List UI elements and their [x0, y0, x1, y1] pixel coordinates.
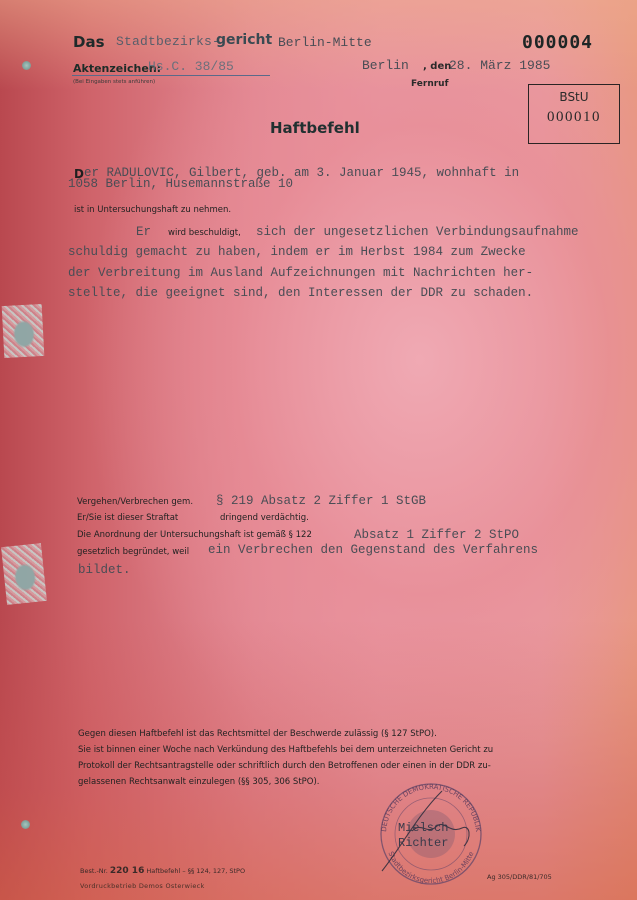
justification-value-2: bildet.: [78, 563, 131, 577]
bstu-label: BStU: [529, 90, 619, 104]
aktenzeichen-underline: [72, 75, 270, 76]
court-type-typed: Stadtbezirks-: [116, 34, 220, 49]
bstu-archive-stamp: BStU 000010: [528, 84, 620, 144]
document-title: Haftbefehl: [270, 119, 360, 137]
printer-imprint: Vordruckbetrieb Demos Osterwieck: [80, 882, 205, 890]
court-type-printed: gericht: [216, 32, 272, 48]
accusation-pronoun: Er: [136, 225, 151, 239]
subject-line-2: 1058 Berlin, Husemannstraße 10: [68, 177, 293, 191]
judge-name: Mielsch: [398, 821, 448, 835]
accusation-line-1: sich der ungesetzlichen Verbindungsaufna…: [256, 225, 579, 239]
court-prefix: Das: [73, 33, 105, 51]
tape-remnant: [1, 543, 47, 605]
justification-label: gesetzlich begründet, weil: [77, 547, 189, 557]
paper-shade-bottom: [0, 620, 637, 900]
custody-order: ist in Untersuchungshaft zu nehmen.: [74, 205, 231, 215]
accusation-line-2: schuldig gemacht zu haben, indem er im H…: [68, 245, 526, 259]
offense-label: Vergehen/Verbrechen gem.: [77, 497, 193, 507]
remedy-line-4: gelassenen Rechtsanwalt einzulegen (§§ 3…: [78, 777, 319, 787]
remedy-line-1: Gegen diesen Haftbefehl ist das Rechtsmi…: [78, 729, 437, 739]
custody-basis-label: Die Anordnung der Untersuchungshaft ist …: [77, 530, 312, 540]
accusation-line-3: der Verbreitung im Ausland Aufzeichnunge…: [68, 266, 533, 280]
accusation-line-4: stellte, die geeignet sind, den Interess…: [68, 286, 533, 300]
punch-hole-icon: [21, 820, 30, 829]
ag-code: Ag 305/DDR/81/705: [487, 873, 552, 881]
court-location: Berlin-Mitte: [278, 35, 372, 50]
remedy-line-2: Sie ist binnen einer Woche nach Verkündu…: [78, 745, 493, 755]
remedy-line-3: Protokoll der Rechtsantragstelle oder sc…: [78, 761, 491, 771]
judge-role: Richter: [398, 836, 448, 850]
accusation-printed-label: wird beschuldigt,: [168, 228, 241, 238]
aktenzeichen-value: Hs.C. 38/85: [148, 59, 234, 74]
justification-value-1: ein Verbrechen den Gegenstand des Verfah…: [208, 543, 538, 557]
order-number-value: 220 16: [110, 866, 144, 876]
offense-value: § 219 Absatz 2 Ziffer 1 StGB: [216, 494, 426, 508]
tape-remnant: [2, 304, 45, 358]
city: Berlin: [362, 58, 409, 73]
suspicion-label: Er/Sie ist dieser Straftat: [77, 513, 178, 523]
bstu-number: 000010: [529, 109, 619, 126]
suspicion-value: dringend verdächtig.: [220, 513, 309, 523]
order-number-label: Best.-Nr.: [80, 867, 108, 875]
date-label: , den: [423, 61, 451, 72]
aktenzeichen-hint: (Bei Eingaben stets anführen): [73, 79, 155, 85]
fernruf-label: Fernruf: [411, 79, 449, 89]
form-description: Haftbefehl – §§ 124, 127, StPO: [146, 867, 245, 875]
custody-basis-value: Absatz 1 Ziffer 2 StPO: [354, 528, 519, 542]
document-date: 28. März 1985: [449, 58, 550, 73]
punch-hole-icon: [22, 61, 31, 70]
order-number: Best.-Nr. 220 16 Haftbefehl – §§ 124, 12…: [80, 866, 245, 876]
document-number: 000004: [522, 32, 593, 53]
